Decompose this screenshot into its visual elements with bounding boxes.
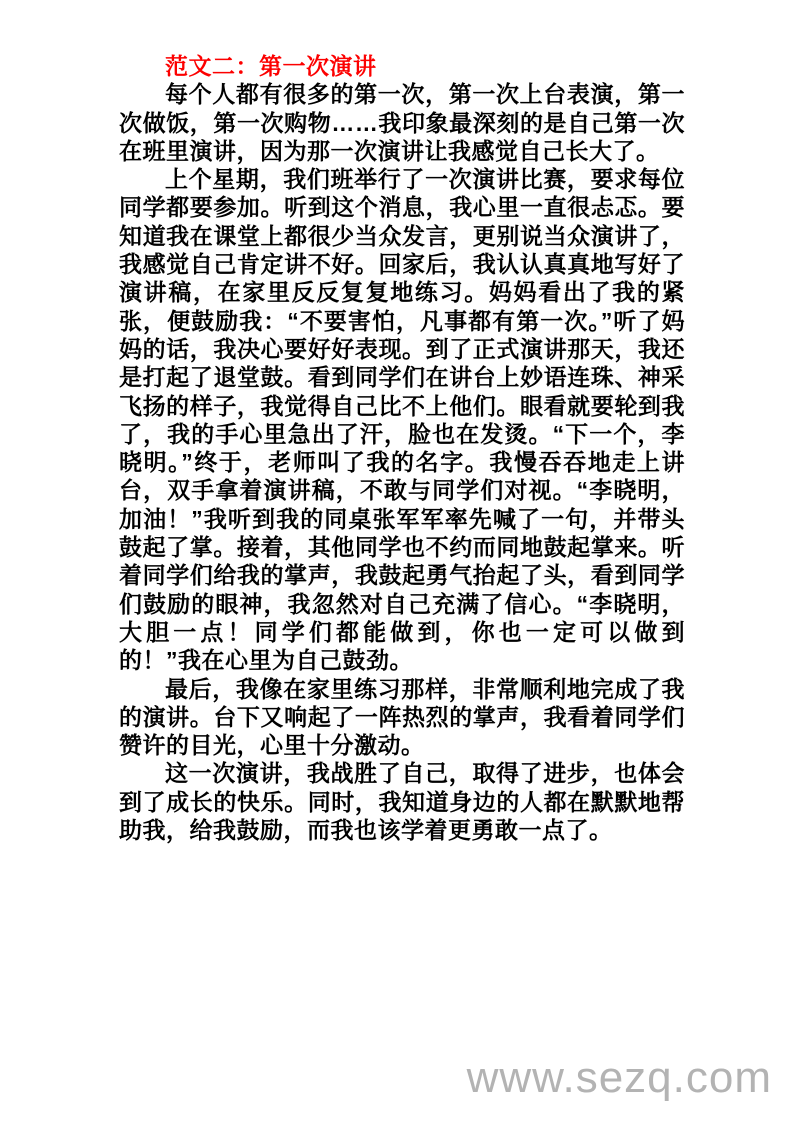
essay-paragraph-2: 上个星期，我们班举行了一次演讲比赛，要求每位同学都要参加。听到这个消息，我心里一… (119, 165, 685, 674)
essay-paragraph-3: 最后，我像在家里练习那样，非常顺利地完成了我的演讲。台下又响起了一阵热烈的掌声，… (119, 675, 685, 760)
document-page: 范文二：第一次演讲 每个人都有很多的第一次，第一次上台表演，第一次做饭，第一次购… (0, 0, 800, 1132)
site-watermark: www.sezq.com (467, 1056, 772, 1100)
essay-paragraph-1: 每个人都有很多的第一次，第一次上台表演，第一次做饭，第一次购物……我印象最深刻的… (119, 80, 685, 165)
essay-paragraph-4: 这一次演讲，我战胜了自己，取得了进步，也体会到了成长的快乐。同时，我知道身边的人… (119, 759, 685, 844)
essay-body: 范文二：第一次演讲 每个人都有很多的第一次，第一次上台表演，第一次做饭，第一次购… (119, 52, 685, 844)
essay-title: 范文二：第一次演讲 (119, 52, 685, 80)
